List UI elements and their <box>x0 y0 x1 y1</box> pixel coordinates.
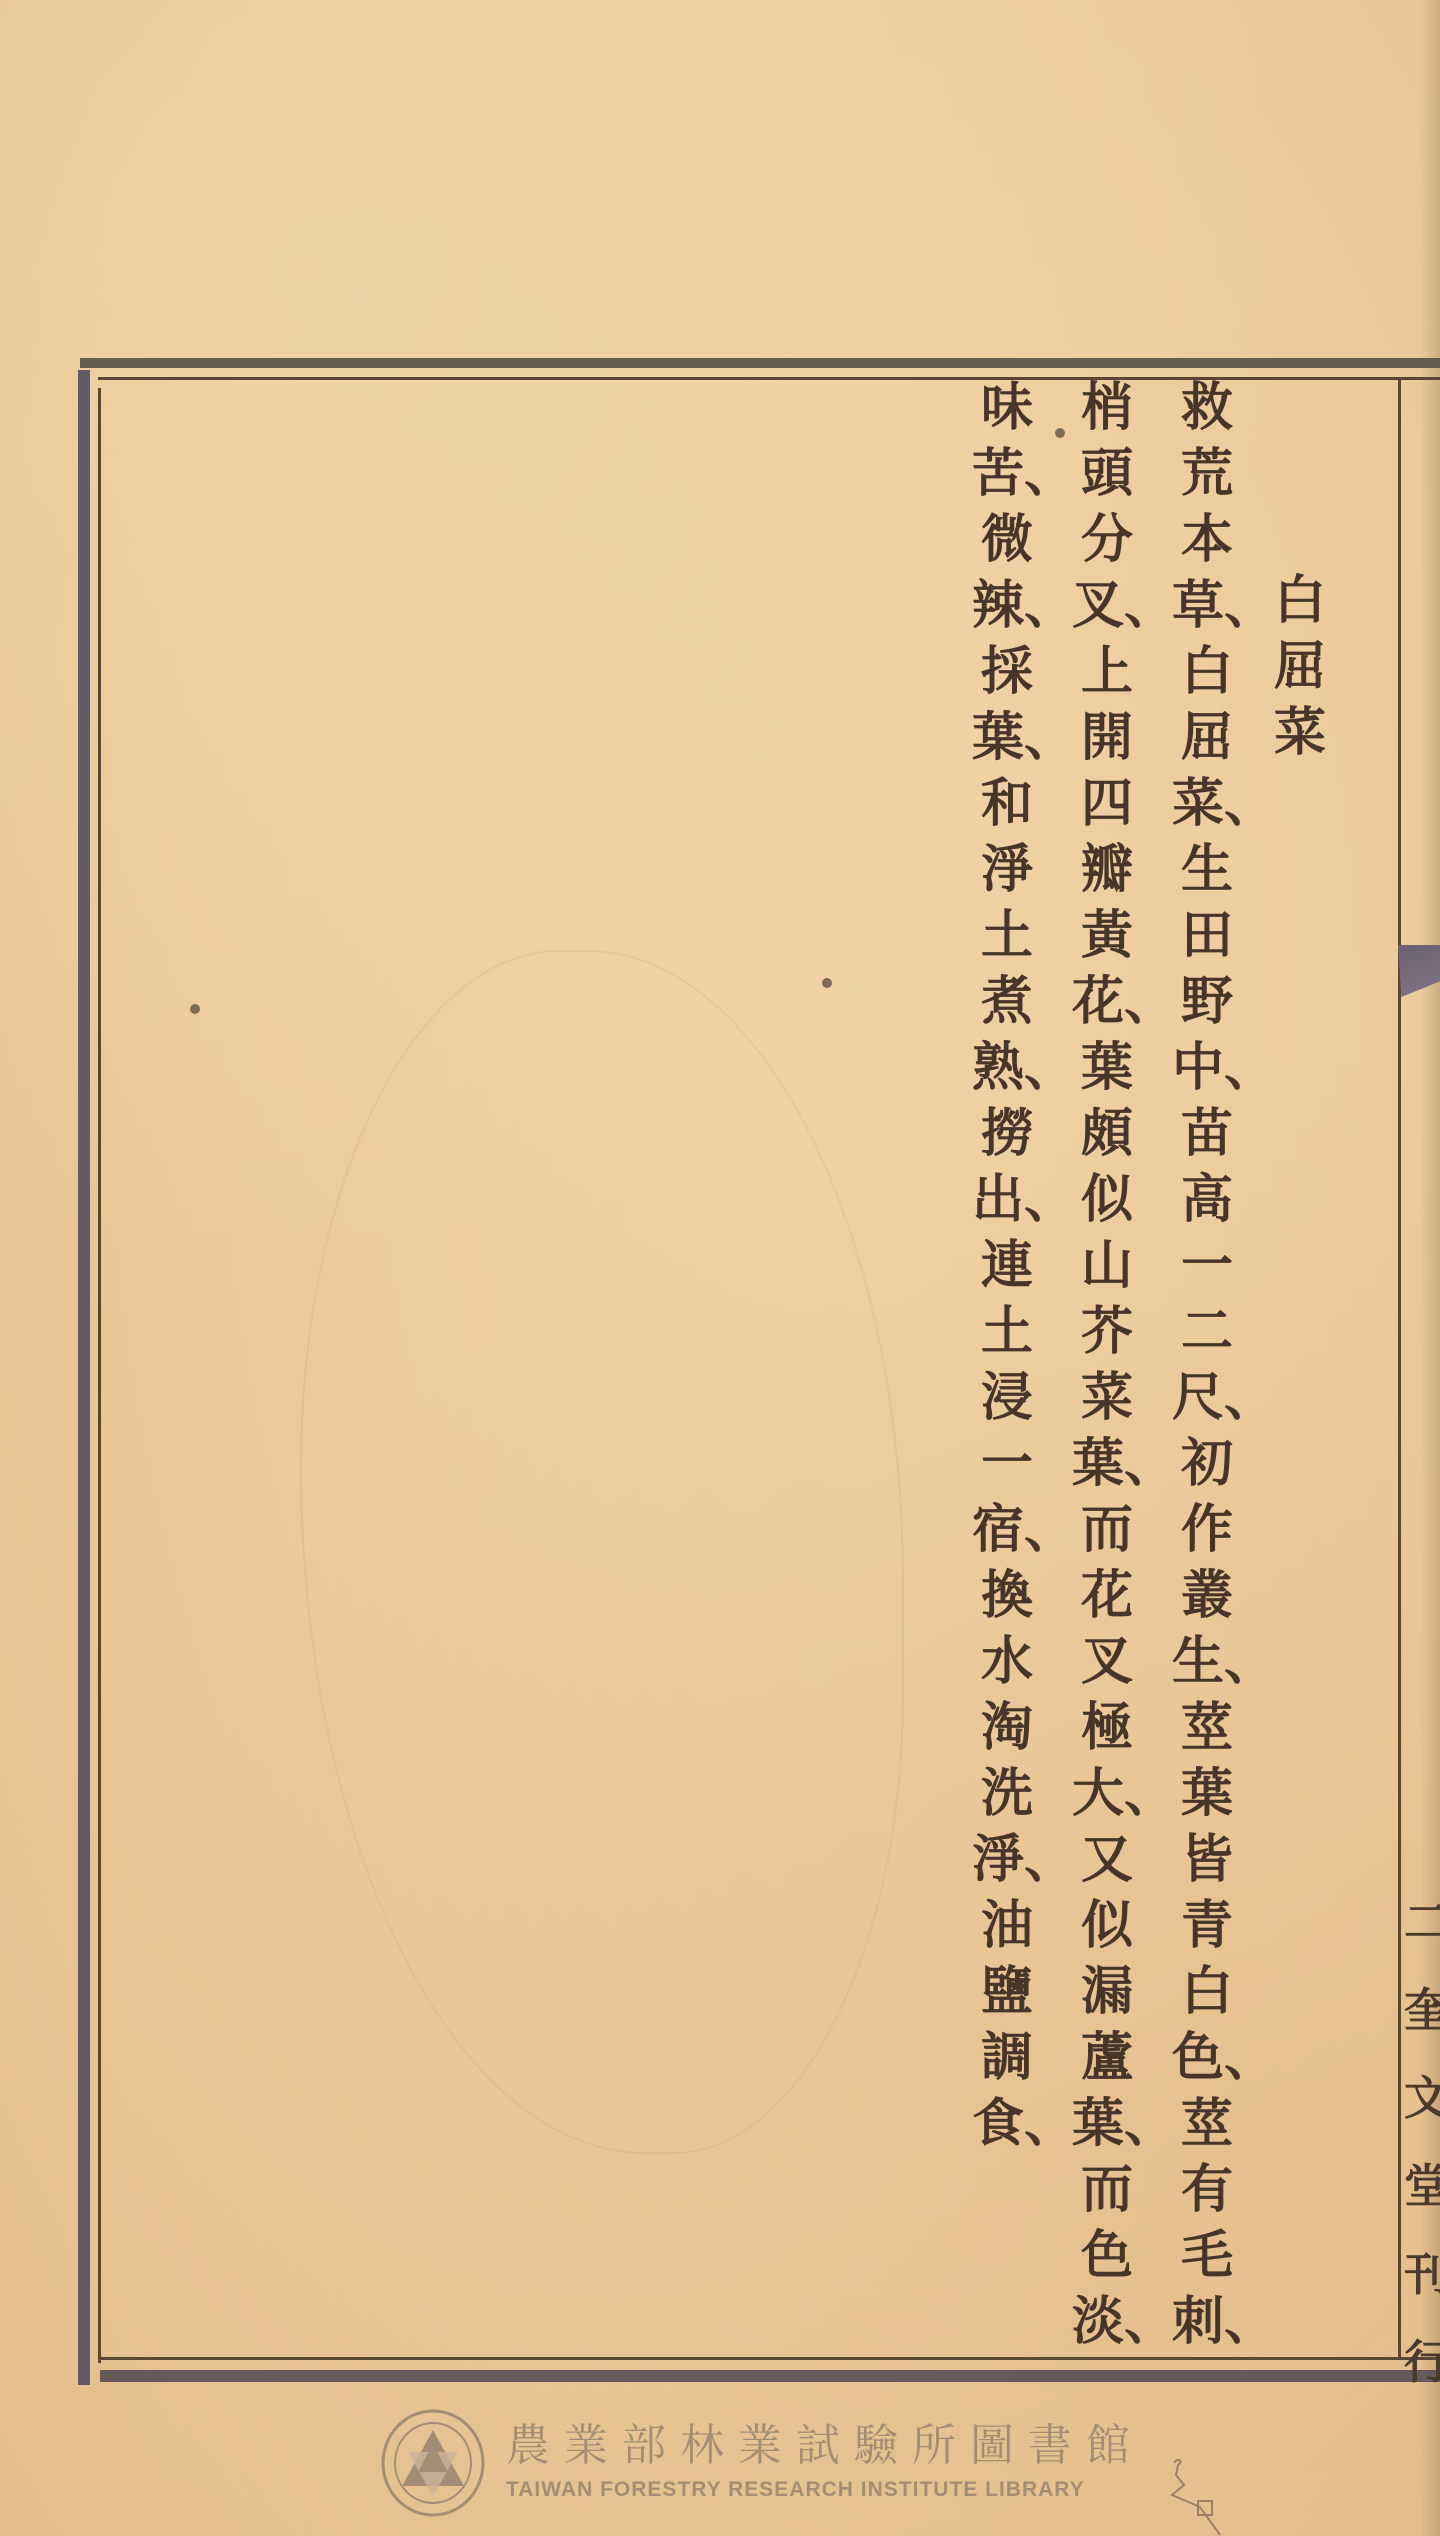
char: 鹽 <box>972 1959 1042 2025</box>
library-name-en: TAIWAN FORESTRY RESEARCH INSTITUTE LIBRA… <box>506 2473 1144 2507</box>
char: 出、 <box>972 1167 1042 1233</box>
char: 叢 <box>1172 1563 1242 1629</box>
char: 極 <box>1072 1695 1142 1761</box>
char: 而 <box>1072 1497 1142 1563</box>
char: 刺、 <box>1172 2289 1242 2355</box>
char: 梢 <box>1072 375 1142 441</box>
char: 白 <box>1172 1959 1242 2025</box>
char: 煮 <box>972 969 1042 1035</box>
char: 皆 <box>1172 1827 1242 1893</box>
char: 葉 <box>1172 1761 1242 1827</box>
char: 有 <box>1172 2157 1242 2223</box>
pencil-doodle-icon <box>1160 2455 1240 2536</box>
char: 採 <box>972 639 1042 705</box>
char: 似 <box>1072 1167 1142 1233</box>
char: 頗 <box>1072 1101 1142 1167</box>
char: 微 <box>972 507 1042 573</box>
char: 上 <box>1072 639 1142 705</box>
char: 一 <box>1172 1233 1242 1299</box>
char: 宿、 <box>972 1497 1042 1563</box>
char: 葉、 <box>1072 1431 1142 1497</box>
char: 熟、 <box>972 1035 1042 1101</box>
char: 二 <box>1172 1299 1242 1365</box>
frame-rule-left <box>98 388 101 2363</box>
library-name-cn: 農業部林業試驗所圖書館 <box>506 2419 1144 2473</box>
char: 食、 <box>972 2091 1042 2157</box>
char: 初 <box>1172 1431 1242 1497</box>
char: 換 <box>972 1563 1042 1629</box>
char: 土 <box>972 1299 1042 1365</box>
char: 又 <box>1072 1827 1142 1893</box>
char: 油 <box>972 1893 1042 1959</box>
char: 叉 <box>1072 1629 1142 1695</box>
char: 似 <box>1072 1893 1142 1959</box>
title-char: 屈 <box>1265 634 1335 700</box>
char: 叉、 <box>1072 573 1142 639</box>
char: 草、 <box>1172 573 1242 639</box>
char: 而 <box>1072 2157 1142 2223</box>
center-column-rule <box>1398 380 1401 2360</box>
char: 葉、 <box>1072 2091 1142 2157</box>
publisher-imprint: 二 奎 文 堂 刊 行 <box>1404 1878 1440 2406</box>
frame-rule-bottom <box>100 2357 1440 2360</box>
imprint-char: 奎 <box>1404 1966 1440 2054</box>
imprint-char: 刊 <box>1404 2230 1440 2318</box>
frame-border-top <box>80 358 1440 368</box>
char: 黃 <box>1072 903 1142 969</box>
char: 莖 <box>1172 2091 1242 2157</box>
char: 屈 <box>1172 705 1242 771</box>
char: 頭 <box>1072 441 1142 507</box>
frame-border-left <box>78 370 90 2385</box>
char: 荒 <box>1172 441 1242 507</box>
char: 花、 <box>1072 969 1142 1035</box>
char: 苗 <box>1172 1101 1242 1167</box>
ink-speck <box>190 1004 200 1014</box>
char: 撈 <box>972 1101 1042 1167</box>
char: 大、 <box>1072 1761 1142 1827</box>
char: 野 <box>1172 969 1242 1035</box>
char: 花 <box>1072 1563 1142 1629</box>
char: 浸 <box>972 1365 1042 1431</box>
char: 四 <box>1072 771 1142 837</box>
char: 莖 <box>1172 1695 1242 1761</box>
text-column-3: 味 苦、 微 辣、 採 葉、 和 淨 土 煮 熟、 撈 出、 連 土 浸 一 宿… <box>972 375 1042 2157</box>
char: 救 <box>1172 375 1242 441</box>
char: 淨、 <box>972 1827 1042 1893</box>
imprint-char: 行 <box>1404 2318 1440 2406</box>
char: 作 <box>1172 1497 1242 1563</box>
char: 漏 <box>1072 1959 1142 2025</box>
char: 毛 <box>1172 2223 1242 2289</box>
char: 淨 <box>972 837 1042 903</box>
char: 連 <box>972 1233 1042 1299</box>
char: 味 <box>972 375 1042 441</box>
frame-border-bottom <box>100 2370 1440 2382</box>
char: 洗 <box>972 1761 1042 1827</box>
title-char: 菜 <box>1265 700 1335 766</box>
char: 尺、 <box>1172 1365 1242 1431</box>
char: 生 <box>1172 837 1242 903</box>
char: 葉、 <box>972 705 1042 771</box>
char: 土 <box>972 903 1042 969</box>
char: 分 <box>1072 507 1142 573</box>
imprint-char: 二 <box>1404 1878 1440 1966</box>
char: 本 <box>1172 507 1242 573</box>
char: 瓣 <box>1072 837 1142 903</box>
char: 苦、 <box>972 441 1042 507</box>
imprint-char: 堂 <box>1404 2142 1440 2230</box>
char: 淡、 <box>1072 2289 1142 2355</box>
char: 山 <box>1072 1233 1142 1299</box>
char: 色、 <box>1172 2025 1242 2091</box>
ink-speck <box>822 978 832 988</box>
char: 辣、 <box>972 573 1042 639</box>
char: 高 <box>1172 1167 1242 1233</box>
char: 色 <box>1072 2223 1142 2289</box>
char: 葉 <box>1072 1035 1142 1101</box>
char: 開 <box>1072 705 1142 771</box>
imprint-char: 文 <box>1404 2054 1440 2142</box>
library-watermark: 農業部林業試驗所圖書館 TAIWAN FORESTRY RESEARCH INS… <box>378 2408 1144 2518</box>
char: 一 <box>972 1431 1042 1497</box>
text-column-2: 梢 頭 分 叉、 上 開 四 瓣 黃 花、 葉 頗 似 山 芥 菜 葉、 而 花… <box>1072 375 1142 2355</box>
char: 田 <box>1172 903 1242 969</box>
ink-speck <box>1055 428 1065 438</box>
char: 和 <box>972 771 1042 837</box>
char: 菜 <box>1072 1365 1142 1431</box>
char: 淘 <box>972 1695 1042 1761</box>
text-column-1: 救 荒 本 草、 白 屈 菜、 生 田 野 中、 苗 高 一 二 尺、 初 作 … <box>1172 375 1242 2355</box>
char: 蘆 <box>1072 2025 1142 2091</box>
char: 中、 <box>1172 1035 1242 1101</box>
char: 生、 <box>1172 1629 1242 1695</box>
char: 白 <box>1172 639 1242 705</box>
char: 青 <box>1172 1893 1242 1959</box>
char: 芥 <box>1072 1299 1142 1365</box>
tfri-seal-icon <box>378 2408 488 2518</box>
char: 水 <box>972 1629 1042 1695</box>
char: 調 <box>972 2025 1042 2091</box>
char: 菜、 <box>1172 771 1242 837</box>
